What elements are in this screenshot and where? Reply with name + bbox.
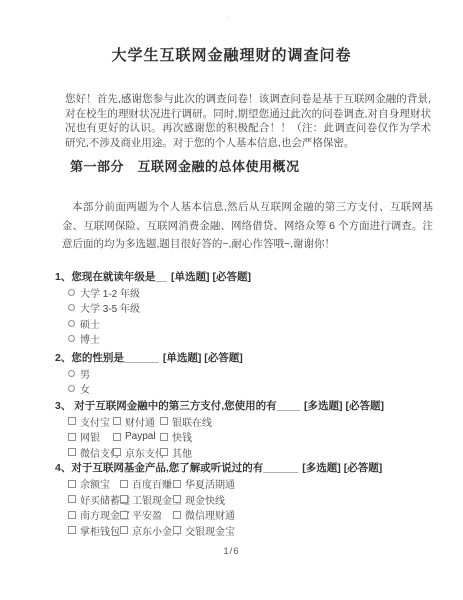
- question-2-label: 2、您的性别是______: [55, 352, 159, 364]
- checkbox-option: 好买储蓄罐: [68, 492, 120, 507]
- radio-icon: [68, 320, 75, 327]
- page-top-mark: ·: [226, 12, 229, 22]
- radio-option-label: 大学 3-5 年级: [80, 300, 140, 315]
- checkbox-option: 网银: [68, 429, 113, 444]
- checkbox-option: 华夏活期通: [173, 476, 235, 491]
- checkbox-option: 掌柜钱包: [68, 523, 120, 538]
- question-2-tags: [单选题] [必答题]: [163, 352, 243, 364]
- checkbox-option-label: 网银: [80, 429, 100, 444]
- radio-option: 硕士: [68, 316, 463, 332]
- checkbox-row: 好买储蓄罐 工银现金宝 现金快线: [68, 492, 463, 508]
- checkbox-option-label: 财付通: [125, 414, 155, 429]
- checkbox-option-label: 平安盈: [132, 507, 162, 522]
- checkbox-icon: [173, 495, 181, 503]
- radio-option: 大学 3-5 年级: [68, 300, 463, 316]
- checkbox-option: 财付通: [113, 414, 160, 429]
- survey-title: 大学生互联网金融理财的调查问卷: [0, 0, 463, 65]
- checkbox-icon: [113, 448, 121, 456]
- radio-icon: [68, 335, 75, 342]
- checkbox-option-label: 快钱: [172, 429, 192, 444]
- survey-document-page: · 大学生互联网金融理财的调查问卷 您好！首先,感谢您参与此次的调查问卷！该调查…: [0, 0, 463, 600]
- checkbox-icon: [68, 526, 76, 534]
- question-3-header: 3、 对于互联网金融中的第三方支付,您使用的有____[多选题] [必答题]: [55, 399, 463, 414]
- question-4-label: 4、对于互联网基金产品,您了解或听说过的有______: [55, 462, 298, 474]
- checkbox-option: 微信理财通: [173, 507, 235, 522]
- section-intro-paragraph: 本部分前面两题为个人基本信息,然后从互联网金融的第三方支付、互联网基金、互联网保…: [62, 198, 433, 254]
- radio-option: 女: [68, 381, 463, 397]
- question-2-header: 2、您的性别是______[单选题] [必答题]: [55, 351, 463, 366]
- question-1-tags: [单选题] [必答题]: [171, 271, 251, 283]
- checkbox-icon: [68, 417, 76, 425]
- checkbox-option: 余额宝: [68, 476, 120, 491]
- checkbox-icon: [113, 417, 121, 425]
- page-number: 1/6: [0, 546, 463, 557]
- radio-icon: [68, 304, 75, 311]
- checkbox-option-label: 京东支付: [125, 445, 165, 460]
- checkbox-option-label: 掌柜钱包: [80, 523, 120, 538]
- checkbox-option: 工银现金宝: [120, 492, 173, 507]
- question-3-tags: [多选题] [必答题]: [304, 400, 384, 412]
- checkbox-option-label: Paypal: [125, 431, 156, 442]
- checkbox-icon: [68, 495, 76, 503]
- checkbox-option: 快钱: [160, 429, 192, 444]
- checkbox-option-label: 其他: [172, 445, 192, 460]
- checkbox-option-label: 百度百赚: [132, 476, 172, 491]
- checkbox-option: 京东小金库: [120, 523, 173, 538]
- radio-option: 男: [68, 366, 463, 382]
- checkbox-option: 银联在线: [160, 414, 212, 429]
- radio-icon: [68, 289, 75, 296]
- checkbox-option-label: 现金快线: [185, 492, 225, 507]
- checkbox-row: 网银 Paypal 快钱: [68, 429, 463, 445]
- checkbox-row: 微信支付 京东支付 其他: [68, 445, 463, 461]
- question-4-header: 4、对于互联网基金产品,您了解或听说过的有______[多选题] [必答题]: [55, 461, 463, 476]
- question-3: 3、 对于互联网金融中的第三方支付,您使用的有____[多选题] [必答题] 支…: [55, 399, 463, 461]
- checkbox-option-label: 支付宝: [80, 414, 110, 429]
- checkbox-option: 百度百赚: [120, 476, 173, 491]
- checkbox-icon: [120, 526, 128, 534]
- radio-option: 博士: [68, 331, 463, 347]
- checkbox-icon: [173, 526, 181, 534]
- intro-paragraph: 您好！首先,感谢您参与此次的调查问卷！该调查问卷是基于互联网金融的背景,对在校生…: [65, 92, 431, 150]
- checkbox-option-label: 华夏活期通: [185, 476, 235, 491]
- checkbox-option: 南方现金宝: [68, 507, 120, 522]
- radio-option-label: 女: [80, 381, 90, 396]
- checkbox-icon: [160, 433, 168, 441]
- checkbox-icon: [173, 480, 181, 488]
- checkbox-option-label: 微信理财通: [185, 507, 235, 522]
- checkbox-icon: [120, 511, 128, 519]
- checkbox-icon: [68, 448, 76, 456]
- radio-icon: [68, 370, 75, 377]
- checkbox-icon: [160, 417, 168, 425]
- section-heading: 第一部分 互联网金融的总体使用概况: [70, 156, 463, 175]
- checkbox-row: 支付宝 财付通 银联在线: [68, 414, 463, 430]
- checkbox-icon: [160, 448, 168, 456]
- checkbox-row: 余额宝 百度百赚 华夏活期通: [68, 476, 463, 492]
- checkbox-option-label: 交银现金宝: [185, 523, 235, 538]
- question-1-header: 1、您现在就读年级是__[单选题] [必答题]: [55, 270, 463, 285]
- checkbox-row: 南方现金宝 平安盈 微信理财通: [68, 507, 463, 523]
- radio-icon: [68, 385, 75, 392]
- radio-option-label: 大学 1-2 年级: [80, 285, 140, 300]
- radio-option: 大学 1-2 年级: [68, 285, 463, 301]
- checkbox-icon: [120, 480, 128, 488]
- checkbox-icon: [68, 511, 76, 519]
- checkbox-icon: [120, 495, 128, 503]
- question-4-tags: [多选题] [必答题]: [302, 462, 382, 474]
- radio-option-label: 硕士: [80, 316, 100, 331]
- checkbox-option: 京东支付: [113, 445, 160, 460]
- question-3-label: 3、 对于互联网金融中的第三方支付,您使用的有____: [55, 400, 300, 412]
- checkbox-row: 掌柜钱包 京东小金库 交银现金宝: [68, 523, 463, 539]
- checkbox-option: 交银现金宝: [173, 523, 235, 538]
- checkbox-icon: [68, 433, 76, 441]
- checkbox-option: 其他: [160, 445, 192, 460]
- question-4: 4、对于互联网基金产品,您了解或听说过的有______[多选题] [必答题] 余…: [55, 461, 463, 538]
- checkbox-icon: [113, 433, 121, 441]
- checkbox-option: 微信支付: [68, 445, 113, 460]
- checkbox-icon: [68, 480, 76, 488]
- checkbox-option: 支付宝: [68, 414, 113, 429]
- question-1: 1、您现在就读年级是__[单选题] [必答题] 大学 1-2 年级 大学 3-5…: [55, 270, 463, 347]
- checkbox-option: Paypal: [113, 431, 160, 442]
- radio-option-label: 男: [80, 366, 90, 381]
- question-2: 2、您的性别是______[单选题] [必答题] 男 女: [55, 351, 463, 397]
- checkbox-option: 平安盈: [120, 507, 173, 522]
- checkbox-icon: [173, 511, 181, 519]
- checkbox-option-label: 余额宝: [80, 476, 110, 491]
- checkbox-option-label: 银联在线: [172, 414, 212, 429]
- checkbox-option: 现金快线: [173, 492, 225, 507]
- radio-option-label: 博士: [80, 331, 100, 346]
- question-1-label: 1、您现在就读年级是__: [55, 271, 167, 283]
